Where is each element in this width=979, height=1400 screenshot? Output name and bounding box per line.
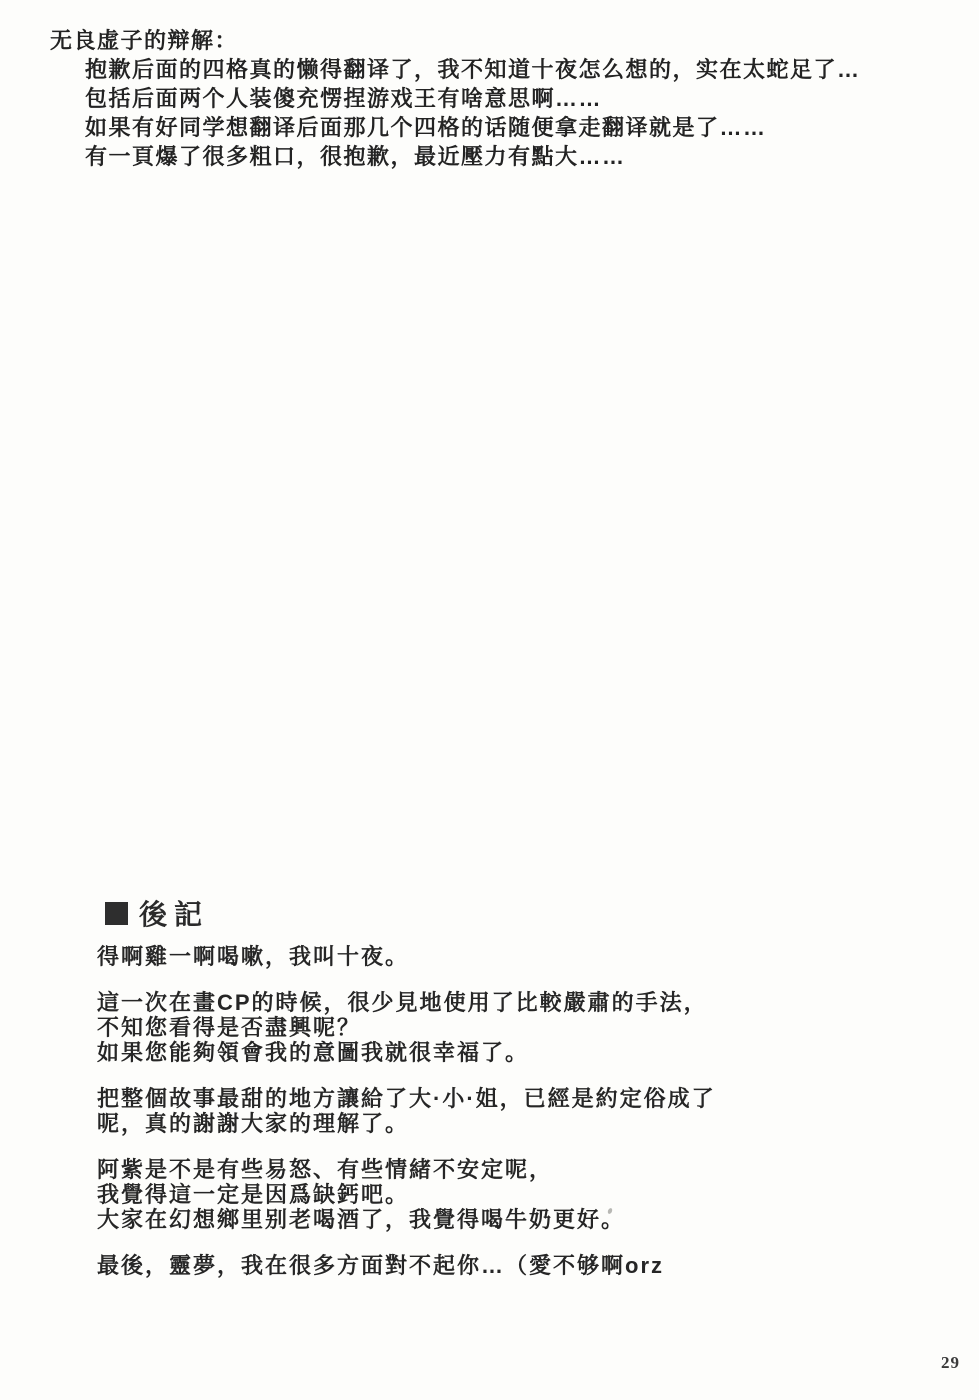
afterword-title: 後記 <box>139 893 209 933</box>
text-line: 我覺得這一定是因爲缺鈣吧。 <box>97 1182 716 1207</box>
afterword-paragraph: 最後，靈夢，我在很多方面對不起你…（愛不够啊orz <box>97 1253 716 1278</box>
scanned-afterword-page: 无良虚子的辩解： 抱歉后面的四格真的懒得翻译了，我不知道十夜怎么想的，实在太蛇足… <box>0 0 979 1400</box>
translator-note-block: 无良虚子的辩解： 抱歉后面的四格真的懒得翻译了，我不知道十夜怎么想的，实在太蛇足… <box>50 26 861 171</box>
text-line: 阿紫是不是有些易怒、有些情緒不安定呢， <box>97 1157 716 1182</box>
afterword-heading: 後記 <box>105 893 209 933</box>
afterword-body: 得啊雞一啊喝嗽，我叫十夜。 這一次在畫CP的時候，很少見地使用了比較嚴肅的手法，… <box>97 944 716 1278</box>
translator-note-heading: 无良虚子的辩解： <box>50 26 861 55</box>
translator-note-line: 如果有好同学想翻译后面那几个四格的话随便拿走翻译就是了…… <box>85 113 861 142</box>
page-number: 29 <box>941 1353 960 1373</box>
afterword-paragraph: 得啊雞一啊喝嗽，我叫十夜。 <box>97 944 716 969</box>
text-line: 這一次在畫CP的時候，很少見地使用了比較嚴肅的手法， <box>97 990 716 1015</box>
afterword-paragraph: 阿紫是不是有些易怒、有些情緒不安定呢， 我覺得這一定是因爲缺鈣吧。 大家在幻想鄉… <box>97 1157 716 1232</box>
text-line: 不知您看得是否盡興呢？ <box>97 1015 716 1040</box>
text-line: 最後，靈夢，我在很多方面對不起你…（愛不够啊orz <box>97 1253 716 1278</box>
afterword-paragraph: 這一次在畫CP的時候，很少見地使用了比較嚴肅的手法， 不知您看得是否盡興呢？ 如… <box>97 990 716 1065</box>
translator-note-line: 有一頁爆了很多粗口，很抱歉，最近壓力有點大…… <box>85 142 861 171</box>
text-line: 大家在幻想鄉里别老喝酒了，我覺得喝牛奶更好。 <box>97 1207 716 1232</box>
translator-note-line: 包括后面两个人装傻充愣捏游戏王有啥意思啊…… <box>85 84 861 113</box>
translator-note-line: 抱歉后面的四格真的懒得翻译了，我不知道十夜怎么想的，实在太蛇足了… <box>85 55 861 84</box>
text-line: 如果您能夠領會我的意圖我就很幸福了。 <box>97 1040 716 1065</box>
text-line: 呢，真的謝謝大家的理解了。 <box>97 1111 716 1136</box>
section-marker-square-icon <box>105 902 128 925</box>
text-line: 得啊雞一啊喝嗽，我叫十夜。 <box>97 944 716 969</box>
afterword-paragraph: 把整個故事最甜的地方讓給了大·小·姐，已經是約定俗成了 呢，真的謝謝大家的理解了… <box>97 1086 716 1136</box>
text-line: 把整個故事最甜的地方讓給了大·小·姐，已經是約定俗成了 <box>97 1086 716 1111</box>
